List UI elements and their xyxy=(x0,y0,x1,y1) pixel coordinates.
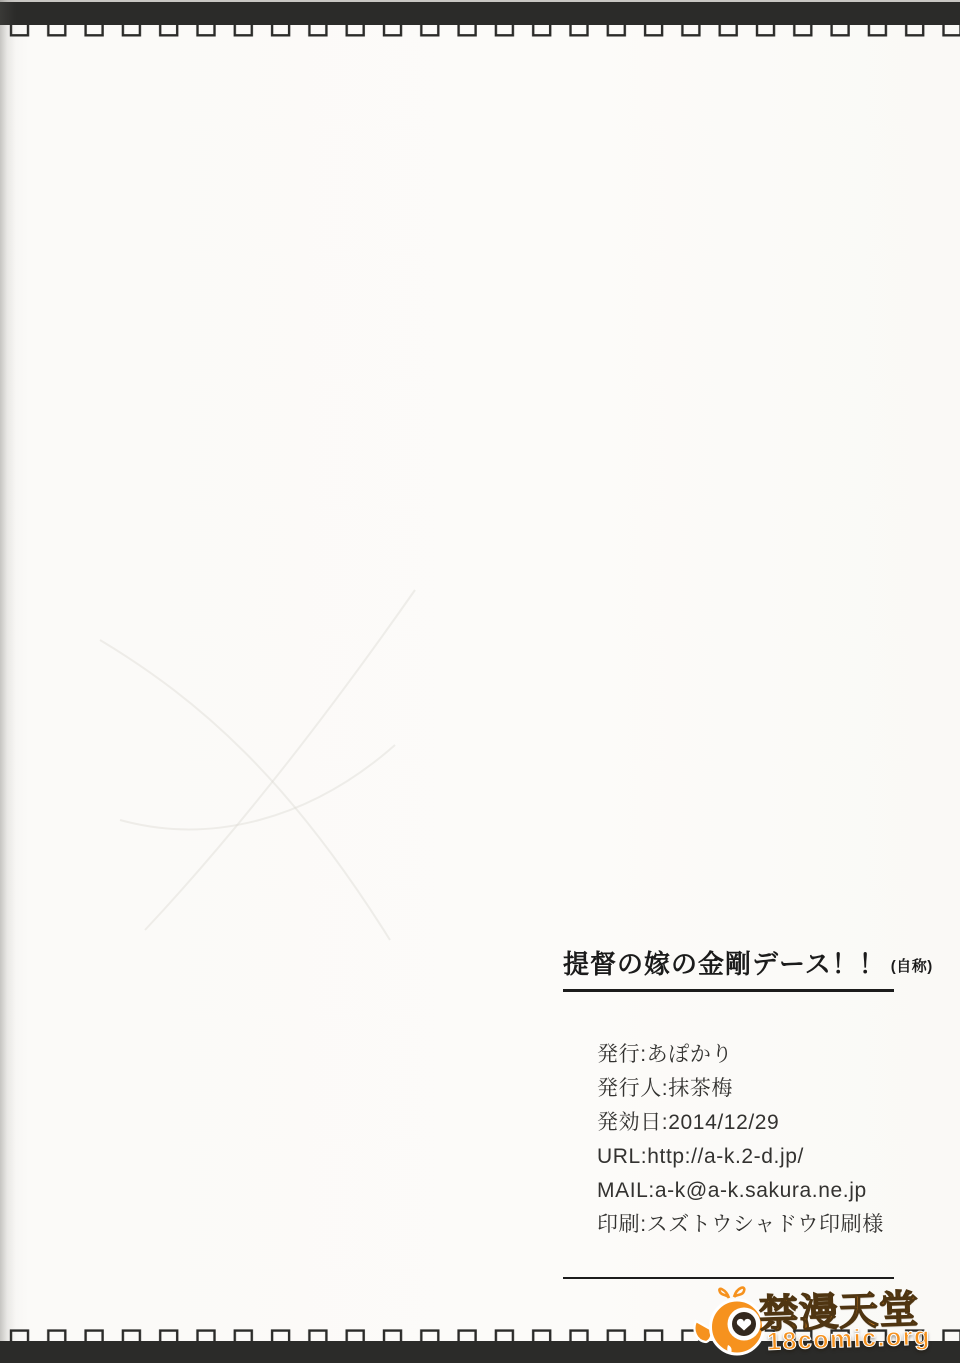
footer-rule xyxy=(563,1277,894,1279)
doujin-title: 提督の嫁の金剛デース！！ xyxy=(563,944,886,981)
doujin-title-suffix: (自称) xyxy=(891,955,933,976)
title-underline xyxy=(563,989,894,992)
title-block: 提督の嫁の金剛デース！！(自称) xyxy=(563,944,923,981)
film-strip-pattern-top xyxy=(0,25,960,38)
publisher-line: 発行:あぽかり xyxy=(597,1038,927,1072)
issue-date-line: 発効日:2014/12/29 xyxy=(597,1106,927,1140)
watermark-site-url: 18comic.org xyxy=(767,1322,932,1357)
printer-line: 印刷:スズトウシャドウ印刷様 xyxy=(597,1208,927,1242)
site-watermark: 禁漫天堂 18comic.org xyxy=(693,1281,938,1363)
url-line: URL:http://a-k.2-d.jp/ xyxy=(597,1140,927,1174)
colophon-info-list: 発行:あぽかり 発行人:抹茶梅 発効日:2014/12/29 URL:http:… xyxy=(597,1038,927,1242)
mail-line: MAIL:a-k@a-k.sakura.ne.jp xyxy=(597,1174,927,1208)
scan-edge-shadow xyxy=(0,0,16,1363)
scanned-page: 提督の嫁の金剛デース！！(自称) 発行:あぽかり 発行人:抹茶梅 発効日:201… xyxy=(0,0,960,1363)
top-border-bar xyxy=(0,2,960,25)
page-showthrough xyxy=(60,520,480,960)
decorative-top-border xyxy=(0,0,960,40)
author-line: 発行人:抹茶梅 xyxy=(597,1072,927,1106)
